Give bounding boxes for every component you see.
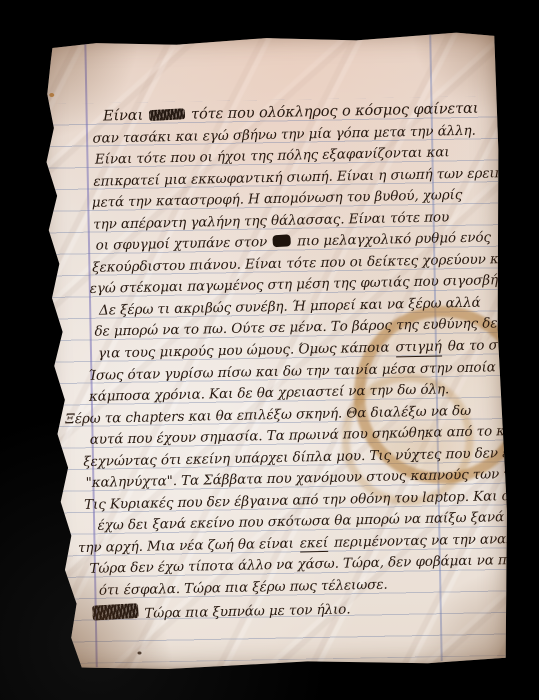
scribbled-out-word bbox=[273, 235, 292, 248]
scribbled-out-word bbox=[510, 509, 539, 524]
scribbled-out-word bbox=[149, 108, 186, 121]
note-text-segment: θα το σηκώσω! bbox=[448, 336, 539, 354]
underlined-word: στιγμή bbox=[395, 338, 442, 356]
note-text: Είναιτότε που ολόκληρος ο κόσμος φαίνετα… bbox=[37, 100, 508, 627]
photo-backdrop: Είναιτότε που ολόκληρος ο κόσμος φαίνετα… bbox=[0, 0, 539, 700]
scribbled-out-word bbox=[92, 603, 139, 621]
note-text-segment: Τώρα πια ξυπνάω με τον ήλιο. bbox=[144, 601, 350, 621]
note-text-segment: πιο μελαγχολικό ρυθμό ενός bbox=[297, 230, 491, 250]
note-text-segment: την αρχή. Μια νέα ζωή θα είναι bbox=[78, 536, 294, 557]
underlined-word: εκεί bbox=[300, 535, 329, 553]
ink-speck bbox=[137, 651, 141, 654]
note-paper: Είναιτότε που ολόκληρος ο κόσμος φαίνετα… bbox=[36, 30, 510, 672]
stain-speck bbox=[49, 93, 54, 97]
note-text-segment: οι σφυγμοί χτυπάνε στον bbox=[96, 234, 268, 254]
note-text-segment: τότε που ολόκληρος ο κόσμος φαίνεται bbox=[191, 101, 479, 123]
note-text-segment: Είναι bbox=[103, 108, 143, 125]
